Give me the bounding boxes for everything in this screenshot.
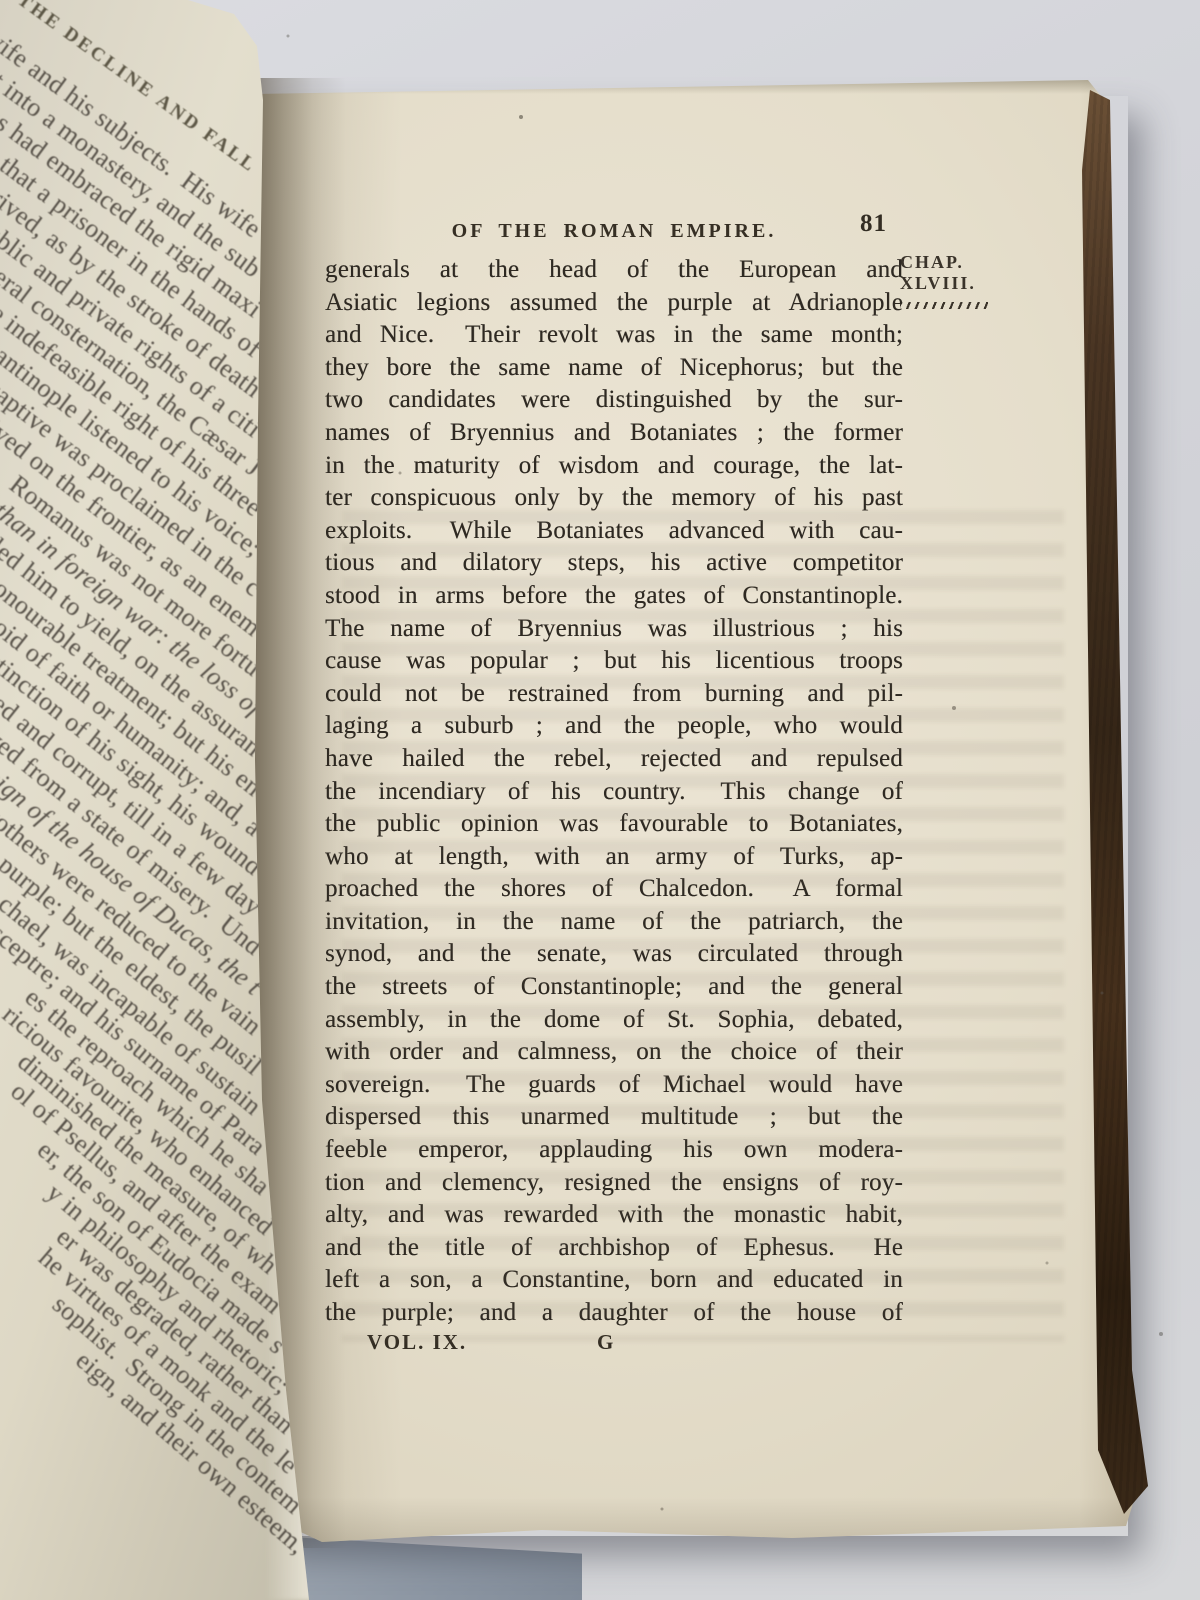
body-text-line: invitation, in the name of the patriarch… [325,906,903,939]
body-text-line: the purple; and a daughter of the house … [325,1297,903,1330]
right-page: OF THE ROMAN EMPIRE. 81 CHAP. XLVIII. ge… [252,80,1134,1542]
body-text-line: feeble emperor, applauding his own moder… [325,1134,903,1167]
body-text-line: Asiatic legions assumed the purple at Ad… [325,287,903,320]
body-text-line: proached the shores of Chalcedon. A form… [325,873,903,906]
body-text-line: could not be restrained from burning and… [325,678,903,711]
volume-label: VOL. IX. [367,1330,467,1355]
chapter-label: CHAP. [900,252,1010,273]
body-text-line: stood in arms before the gates of Consta… [325,580,903,613]
chapter-rule-squiggle [900,302,988,309]
body-text-line: alty, and was rewarded with the monastic… [325,1199,903,1232]
body-text-line: assembly, in the dome of St. Sophia, deb… [325,1004,903,1037]
chapter-side-note: CHAP. XLVIII. [900,252,1010,309]
running-header: OF THE ROMAN EMPIRE. [325,220,903,243]
chapter-number: XLVIII. [900,273,1010,294]
body-text-line: The name of Bryennius was illustrious ; … [325,613,903,646]
body-text-line: and Nice. Their revolt was in the same m… [325,319,903,352]
body-text-column: generals at the head of the European and… [325,254,903,1330]
book-photo: OF THE ROMAN EMPIRE. 81 CHAP. XLVIII. ge… [0,0,1200,1600]
body-text-line: dispersed this unarmed multitude ; but t… [325,1101,903,1134]
page-footer: VOL. IX. G [325,1330,903,1362]
body-text-line: who at length, with an army of Turks, ap… [325,841,903,874]
body-text-line: the public opinion was favourable to Bot… [325,808,903,841]
body-text-line: in the maturity of wisdom and courage, t… [325,450,903,483]
signature-mark: G [597,1330,613,1355]
body-text-line: tious and dilatory steps, his active com… [325,547,903,580]
dust-specks [0,0,2,2]
body-text-line: synod, and the senate, was circulated th… [325,938,903,971]
body-text-line: names of Bryennius and Botaniates ; the … [325,417,903,450]
body-text-line: have hailed the rebel, rejected and repu… [325,743,903,776]
body-text-line: exploits. While Botaniates advanced with… [325,515,903,548]
body-text-line: sovereign. The guards of Michael would h… [325,1069,903,1102]
body-text-line: tion and clemency, resigned the ensigns … [325,1167,903,1200]
body-text-line: cause was popular ; but his licentious t… [325,645,903,678]
body-text-line: the streets of Constantinople; and the g… [325,971,903,1004]
body-text-line: and the title of archbishop of Ephesus. … [325,1232,903,1265]
body-text-line: left a son, a Constantine, born and educ… [325,1264,903,1297]
body-text-line: the incendiary of his country. This chan… [325,776,903,809]
page-number: 81 [860,210,887,238]
body-text-line: generals at the head of the European and [325,254,903,287]
body-text-line: two candidates were distinguished by the… [325,384,903,417]
body-text-line: with order and calmness, on the choice o… [325,1036,903,1069]
body-text-line: they bore the same name of Nicephorus; b… [325,352,903,385]
body-text-line: laging a suburb ; and the people, who wo… [325,710,903,743]
body-text-line: ter conspicuous only by the memory of hi… [325,482,903,515]
